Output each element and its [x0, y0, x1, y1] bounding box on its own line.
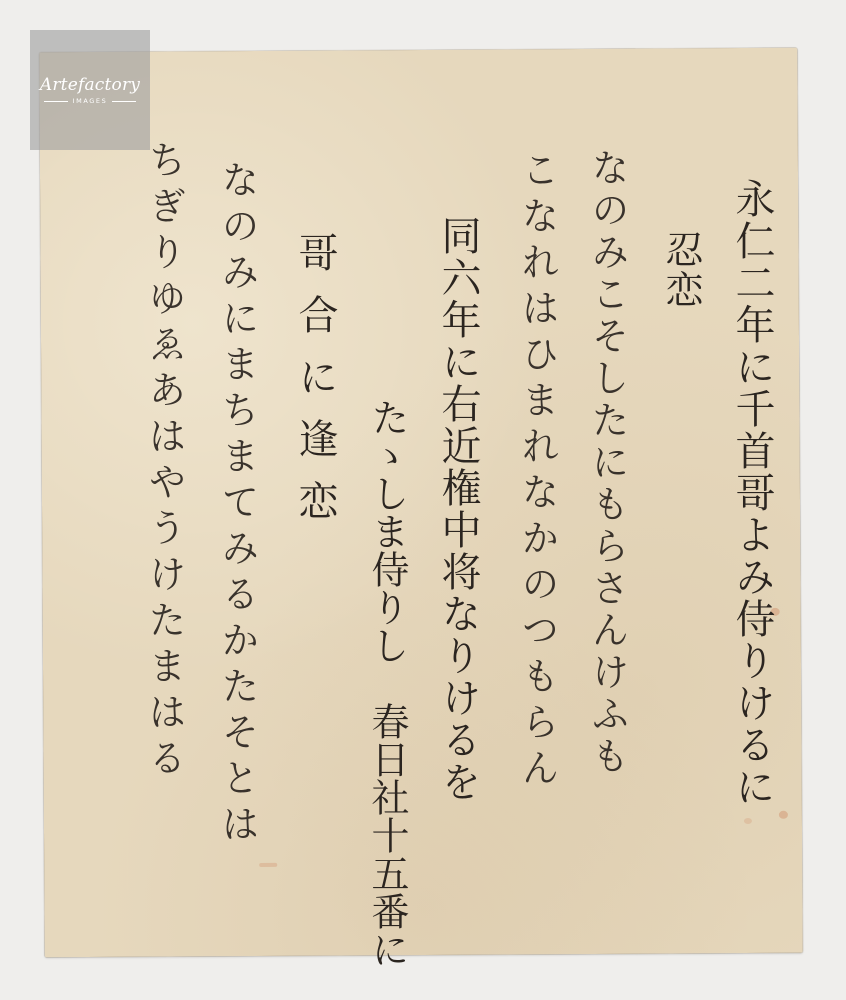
text-column-3: なのみこそしたにもらさんけふも [588, 148, 626, 778]
watermark-brand: Artefactory [40, 75, 140, 95]
stain-spot [744, 818, 752, 824]
watermark-logo: Artefactory IMAGES [30, 30, 150, 150]
text-column-7: 哥合に逢恋 [295, 232, 335, 542]
watermark-subtitle: IMAGES [39, 97, 142, 105]
text-column-6: たゝしま侍りし 春日社十五番に [368, 398, 406, 968]
text-column-4: こなれはひまれなかのつもらん [518, 150, 556, 794]
text-column-2: 忍恋 [662, 230, 700, 310]
watermark-sub-label: IMAGES [73, 97, 108, 105]
text-column-8: なのみにまちまてみるかたそとは [218, 160, 256, 850]
text-column-1: 永仁二年に千首哥よみ侍りけるに [732, 178, 772, 808]
text-column-5: 同六年に右近権中将なりけるを [438, 215, 478, 803]
text-column-9: ちぎりゆゑあはやうけたまはる [145, 140, 183, 784]
stain-spot [779, 811, 788, 819]
divider-line [112, 101, 136, 102]
divider-line [44, 101, 68, 102]
stain-spot [259, 863, 277, 867]
